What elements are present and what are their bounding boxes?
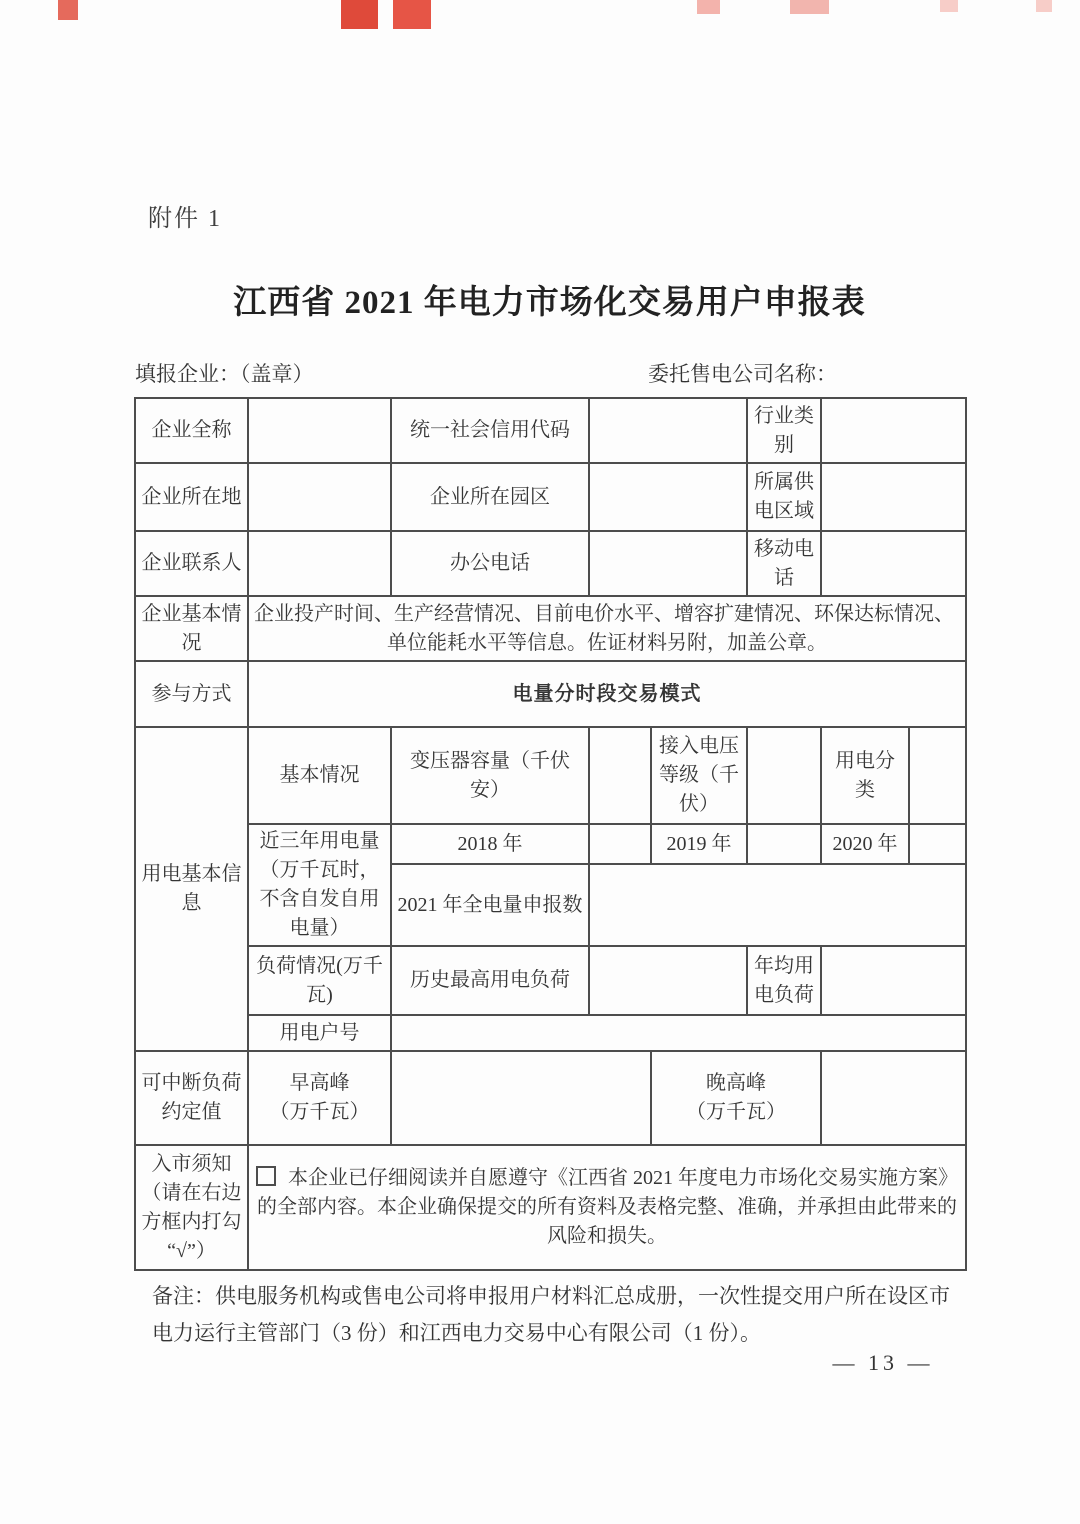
credit-code-label: 统一社会信用代码: [391, 398, 589, 463]
participation-mode-value: 电量分时段交易模式: [248, 661, 966, 727]
page-title: 江西省 2021 年电力市场化交易用户申报表: [134, 276, 965, 323]
evening-peak-value-cell: [821, 1051, 966, 1145]
scan-artifact: [697, 0, 720, 14]
power-supply-region-value-cell: [821, 463, 966, 531]
scan-artifact: [1036, 0, 1052, 12]
scanned-form-page: 附件 1 江西省 2021 年电力市场化交易用户申报表 填报企业：（盖章） 委托…: [0, 0, 1080, 1524]
table-row: 负荷情况(万千瓦) 历史最高用电负荷 年均用电负荷: [135, 946, 966, 1015]
filer-label: 填报企业：（盖章）: [135, 358, 314, 388]
agreement-statement-text: 本企业已仔细阅读并自愿遵守《江西省 2021 年度电力市场化交易实施方案》的全部…: [257, 1167, 958, 1247]
transformer-capacity-value-cell: [589, 727, 651, 824]
basic-situation-label: 基本情况: [248, 727, 391, 824]
declared-2021-volume-value-cell: [589, 864, 966, 946]
table-row: 可中断负荷约定值 早高峰 （万千瓦） 晚高峰 （万千瓦）: [135, 1051, 966, 1145]
page-number: — 13 —: [828, 1350, 938, 1376]
year-2019-label: 2019 年: [651, 824, 747, 864]
scan-artifact: [790, 0, 829, 14]
table-row: 参与方式 电量分时段交易模式: [135, 661, 966, 727]
voltage-level-label: 接入电压等级（千伏）: [651, 727, 747, 824]
company-location-value-cell: [248, 463, 391, 531]
office-phone-value-cell: [589, 531, 747, 596]
table-row: 企业所在地 企业所在园区 所属供电区域: [135, 463, 966, 531]
morning-peak-value-cell: [391, 1051, 651, 1145]
agent-company-label: 委托售电公司名称：: [648, 358, 837, 388]
morning-peak-label: 早高峰 （万千瓦）: [248, 1051, 391, 1145]
scan-artifact: [58, 0, 78, 20]
year-2020-value-cell: [909, 824, 966, 864]
mobile-phone-value-cell: [821, 531, 966, 596]
power-account-value-cell: [391, 1015, 966, 1051]
participation-mode-label: 参与方式: [135, 661, 248, 727]
voltage-level-value-cell: [747, 727, 821, 824]
declaration-table: 企业全称 统一社会信用代码 行业类别 企业所在地 企业所在园区 所属供电区域 企…: [134, 397, 967, 1271]
office-phone-label: 办公电话: [391, 531, 589, 596]
evening-peak-label: 晚高峰 （万千瓦）: [651, 1051, 821, 1145]
table-row: 近三年用电量（万千瓦时，不含自发自用电量） 2018 年 2019 年 2020…: [135, 824, 966, 864]
load-situation-label: 负荷情况(万千瓦): [248, 946, 391, 1015]
contact-person-label: 企业联系人: [135, 531, 248, 596]
attachment-label: 附件 1: [148, 198, 222, 233]
table-row: 企业基本情况 包括：企业投产时间、生产经营情况、目前电价水平、增容扩建情况、环保…: [135, 596, 966, 661]
market-entry-notice-title: 入市须知: [152, 1153, 232, 1175]
power-classification-value-cell: [909, 727, 966, 824]
company-name-value-cell: [248, 398, 391, 463]
agreement-checkbox[interactable]: [256, 1166, 276, 1186]
scan-artifact: [393, 0, 431, 29]
mobile-phone-label: 移动电话: [747, 531, 821, 596]
credit-code-value-cell: [589, 398, 747, 463]
industry-type-label: 行业类别: [747, 398, 821, 463]
industrial-park-label: 企业所在园区: [391, 463, 589, 531]
company-basic-info-description: 包括：企业投产时间、生产经营情况、目前电价水平、增容扩建情况、环保达标情况、单位…: [248, 596, 966, 661]
industrial-park-value-cell: [589, 463, 747, 531]
historical-max-load-label: 历史最高用电负荷: [391, 946, 589, 1015]
market-entry-notice-hint: （请在右边方框内打勾“√”）: [140, 1179, 243, 1266]
scan-artifact: [341, 0, 378, 29]
year-2018-value-cell: [589, 824, 651, 864]
power-classification-label: 用电分类: [821, 727, 909, 824]
year-2020-label: 2020 年: [821, 824, 909, 864]
three-year-consumption-label: 近三年用电量（万千瓦时，不含自发自用电量）: [248, 824, 391, 946]
table-row: 企业全称 统一社会信用代码 行业类别: [135, 398, 966, 463]
year-2018-label: 2018 年: [391, 824, 589, 864]
historical-max-load-value-cell: [589, 946, 747, 1015]
scan-artifact: [940, 0, 958, 12]
annual-average-load-value-cell: [821, 946, 966, 1015]
company-name-label: 企业全称: [135, 398, 248, 463]
table-row: 企业联系人 办公电话 移动电话: [135, 531, 966, 596]
transformer-capacity-label: 变压器容量（千伏安）: [391, 727, 589, 824]
market-entry-notice-label: 入市须知 （请在右边方框内打勾“√”）: [135, 1145, 248, 1270]
declared-2021-volume-label: 2021 年全电量申报数: [391, 864, 589, 946]
table-row: 用电基本信息 基本情况 变压器容量（千伏安） 接入电压等级（千伏） 用电分类: [135, 727, 966, 824]
annual-average-load-label: 年均用电负荷: [747, 946, 821, 1015]
interruptible-load-label: 可中断负荷约定值: [135, 1051, 248, 1145]
power-info-section-label: 用电基本信息: [135, 727, 248, 1051]
agreement-statement-cell: 本企业已仔细阅读并自愿遵守《江西省 2021 年度电力市场化交易实施方案》的全部…: [248, 1145, 966, 1270]
table-row: 用电户号: [135, 1015, 966, 1051]
table-row: 入市须知 （请在右边方框内打勾“√”） 本企业已仔细阅读并自愿遵守《江西省 20…: [135, 1145, 966, 1270]
company-basic-info-label: 企业基本情况: [135, 596, 248, 661]
power-account-label: 用电户号: [248, 1015, 391, 1051]
power-supply-region-label: 所属供电区域: [747, 463, 821, 531]
remark-note: 备注：供电服务机构或售电公司将申报用户材料汇总成册，一次性提交用户所在设区市电力…: [152, 1278, 958, 1353]
company-location-label: 企业所在地: [135, 463, 248, 531]
contact-person-value-cell: [248, 531, 391, 596]
industry-type-value-cell: [821, 398, 966, 463]
year-2019-value-cell: [747, 824, 821, 864]
